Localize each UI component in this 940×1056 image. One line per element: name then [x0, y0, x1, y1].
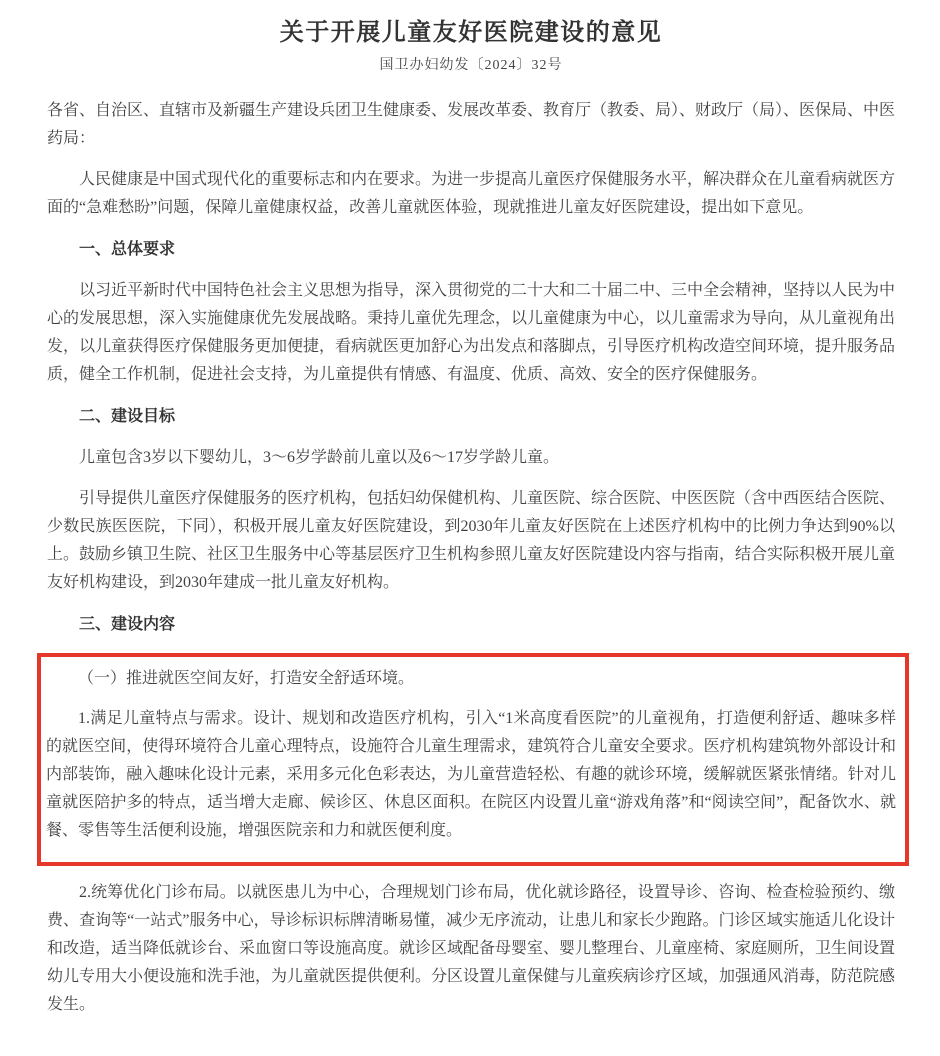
- section-3-paragraph-2: 2.统筹优化门诊布局。以就医患儿为中心，合理规划门诊布局，优化就诊路径，设置导诊…: [47, 879, 895, 1019]
- section-2-heading: 二、建设目标: [47, 403, 895, 431]
- section-3-heading: 三、建设内容: [47, 611, 895, 639]
- document-page: 关于开展儿童友好医院建设的意见 国卫办妇幼发〔2024〕32号 各省、自治区、直…: [0, 0, 940, 1056]
- doc-number: 国卫办妇幼发〔2024〕32号: [47, 57, 895, 75]
- section-2-paragraph-1: 儿童包含3岁以下婴幼儿，3～6岁学龄前儿童以及6～17岁学龄儿童。: [47, 444, 895, 472]
- section-1-paragraph: 以习近平新时代中国特色社会主义思想为指导，深入贯彻党的二十大和二十届二中、三中全…: [47, 277, 895, 389]
- red-highlight-box: （一）推进就医空间友好，打造安全舒适环境。 1.满足儿童特点与需求。设计、规划和…: [37, 653, 909, 866]
- page-title: 关于开展儿童友好医院建设的意见: [47, 18, 895, 48]
- highlighted-paragraph-1: （一）推进就医空间友好，打造安全舒适环境。: [46, 665, 896, 693]
- intro-paragraph: 人民健康是中国式现代化的重要标志和内在要求。为进一步提高儿童医疗保健服务水平，解…: [47, 166, 895, 222]
- section-1-heading: 一、总体要求: [47, 236, 895, 264]
- highlighted-paragraph-2: 1.满足儿童特点与需求。设计、规划和改造医疗机构，引入“1米高度看医院”的儿童视…: [46, 705, 896, 845]
- section-2-paragraph-2: 引导提供儿童医疗保健服务的医疗机构，包括妇幼保健机构、儿童医院、综合医院、中医医…: [47, 485, 895, 597]
- salutation-line: 各省、自治区、直辖市及新疆生产建设兵团卫生健康委、发展改革委、教育厅（教委、局）…: [47, 97, 895, 153]
